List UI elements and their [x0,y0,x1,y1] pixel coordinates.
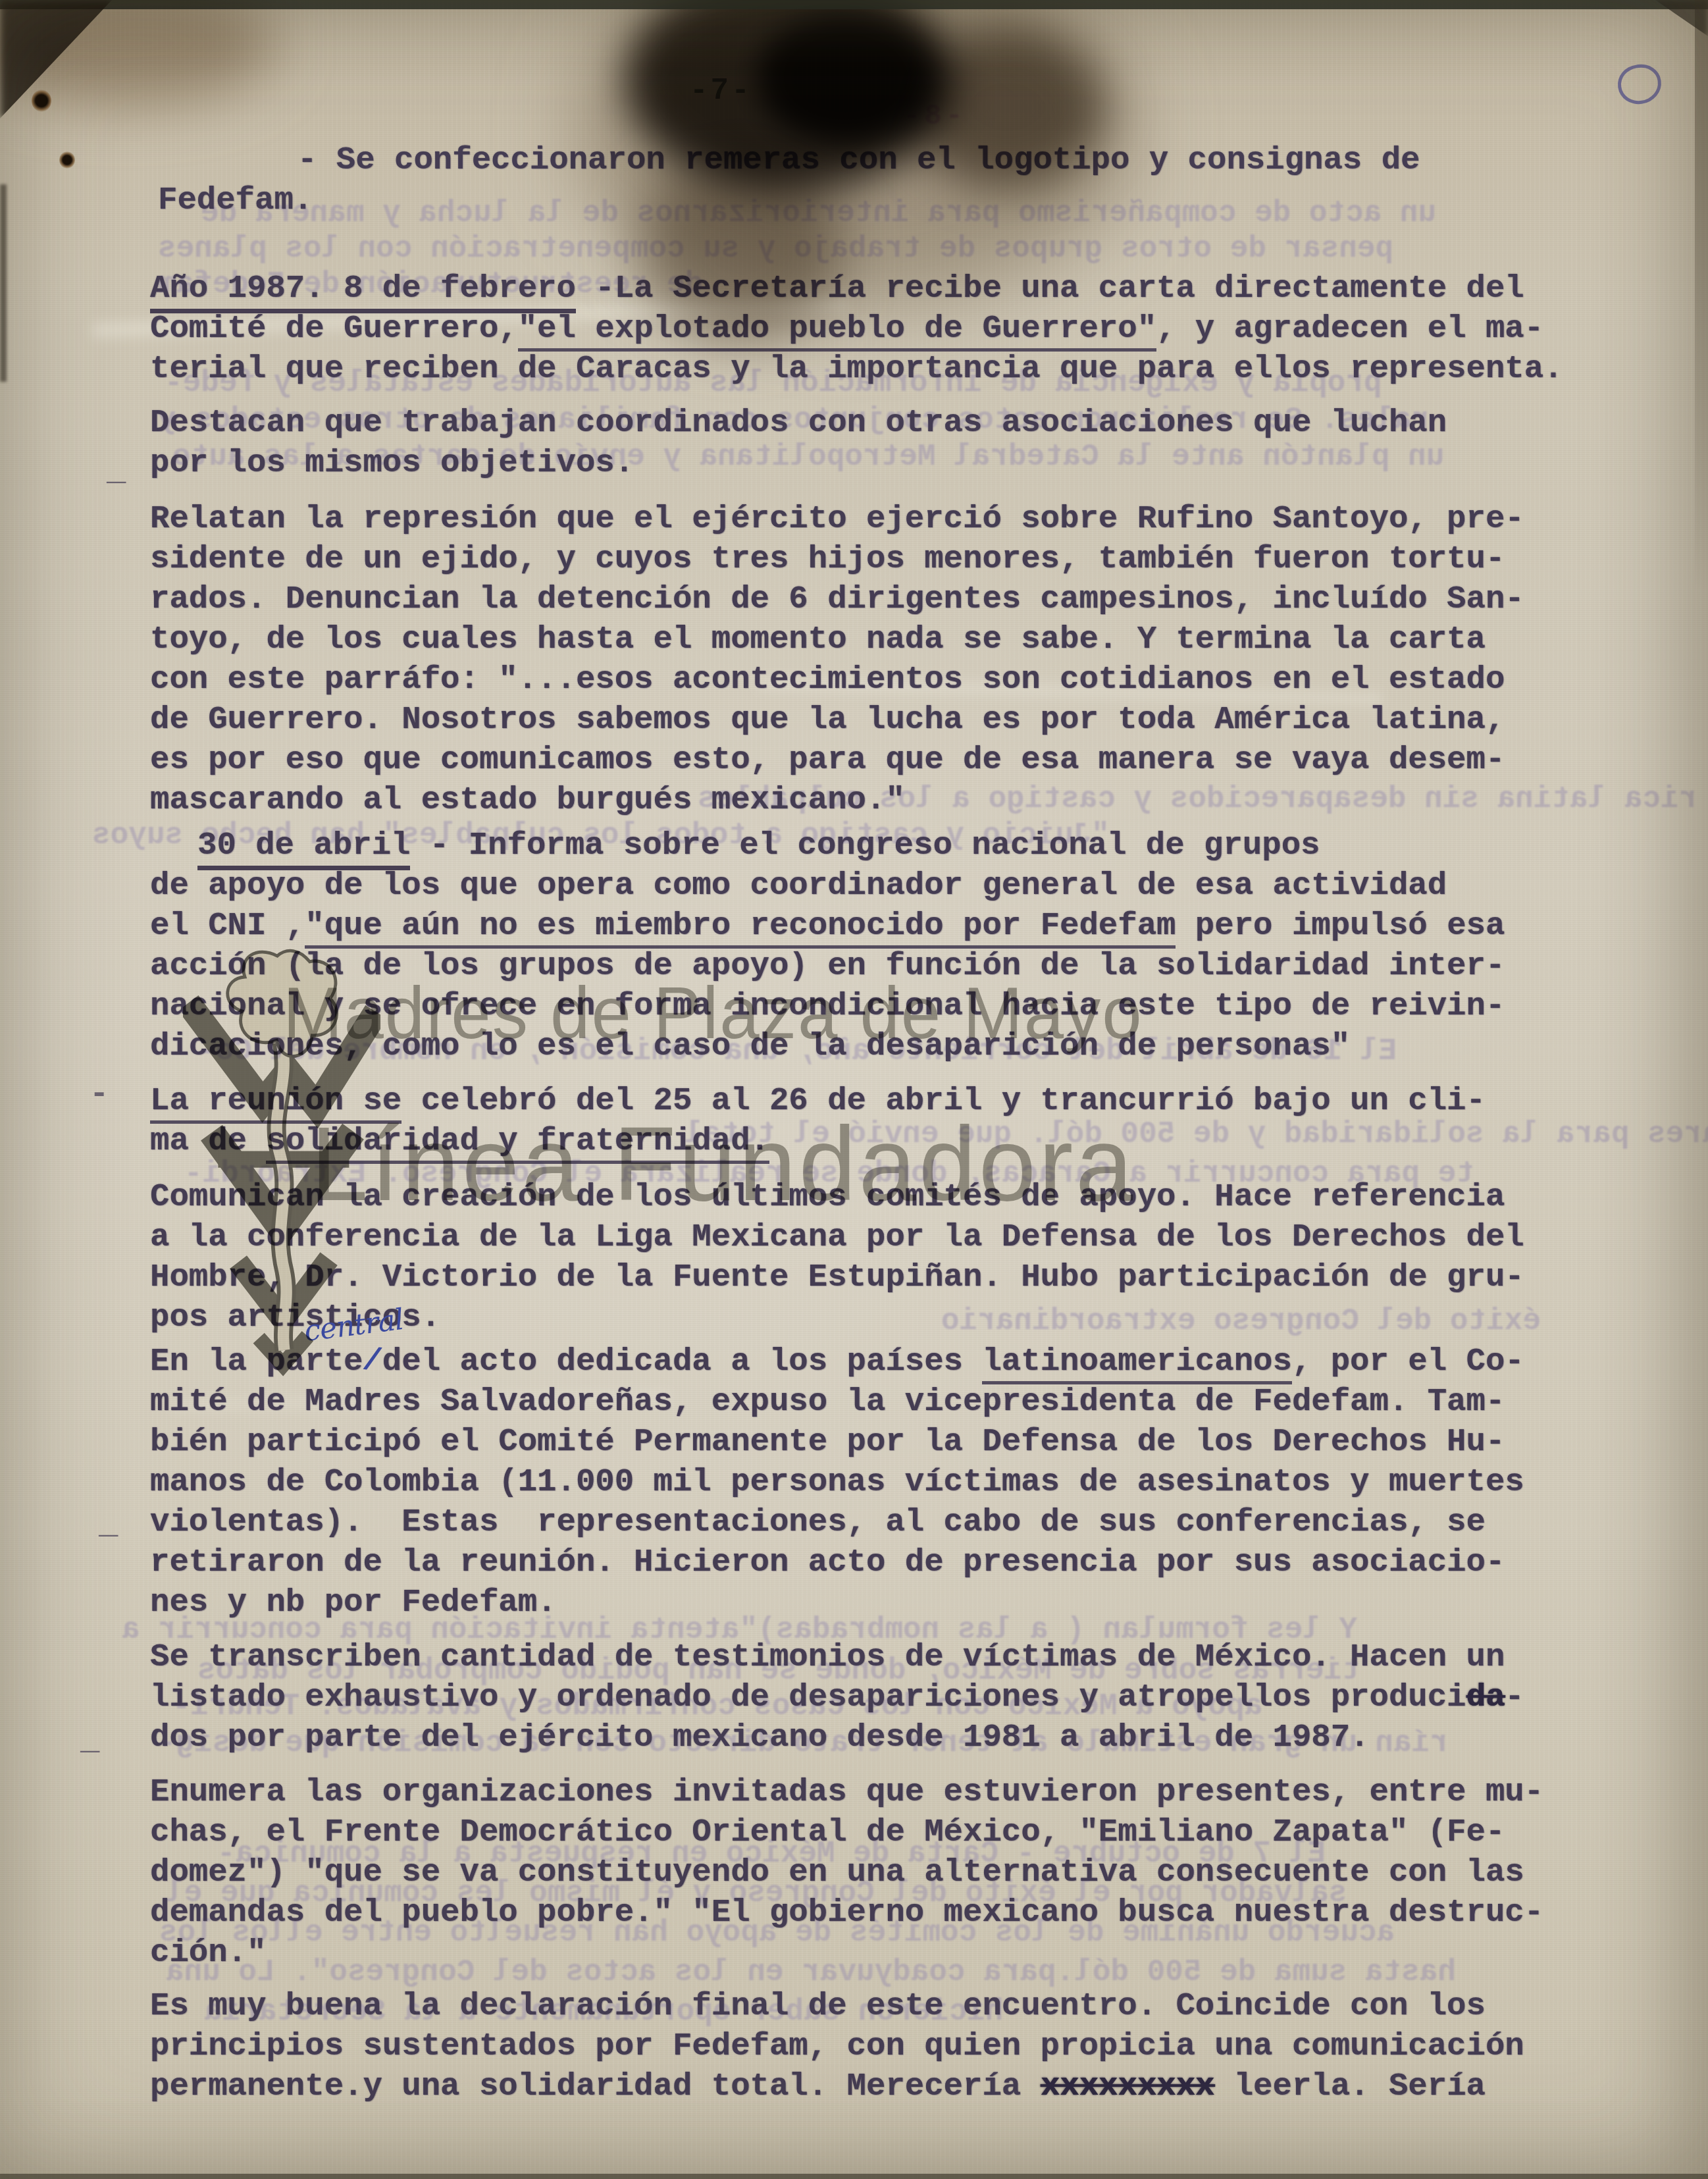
typed-line: ción." [150,1934,266,1971]
typed-text: bién participó el Comité Permanente por … [150,1423,1505,1460]
typed-line: bién participó el Comité Permanente por … [150,1423,1505,1460]
typed-text: chas, el Frente Democrático Oriental de … [150,1814,1505,1851]
typed-line: listado exhaustivo y ordenado de desapar… [150,1679,1524,1716]
typed-line: retiraron de la reunión. Hicieron acto d… [150,1544,1505,1581]
typed-text: Fedefam. [158,182,313,219]
typed-text: Enumera las organizaciones invitadas que… [150,1773,1543,1810]
underlined-text: "el explotado pueblo de Guerrero" [518,310,1156,352]
typed-text: dos por parte del ejército mexicano desd… [150,1719,1370,1756]
struck-out-text: da [1466,1679,1505,1716]
scanned-document-page: un acto de compañerismo para interioriza… [0,0,1708,2179]
typed-text: leerla. Sería [1214,2068,1486,2105]
margin-mark: _ [99,1506,118,1543]
typed-text: terial que reciben de Caracas y la impor… [150,350,1563,387]
typed-text: - Se confeccionaron remeras con el logot… [298,142,1420,178]
underlined-text: Año 1987. 8 de febrero [150,270,576,313]
typed-line: por los mismos objetivos. [150,444,634,481]
typed-text: listado exhaustivo y ordenado de desapar… [150,1679,1466,1716]
typed-line: 30 de abril - Informa sobre el congreso … [197,827,1320,864]
underlined-text: latinoamericanos [982,1343,1291,1384]
typed-text: sidente de un ejido, y cuyos tres hijos … [150,540,1505,577]
typed-line: principios sustentados por Fedefam, con … [150,2028,1524,2064]
typed-line: - Se confeccionaron remeras con el logot… [298,142,1420,178]
typed-line: demandas del pueblo pobre." "El gobierno… [150,1894,1543,1931]
typed-line: nes y nb por Fedefam. [150,1584,557,1621]
typed-line: Se transcriben cantidad de testimonios d… [150,1639,1505,1675]
margin-mark: - [90,1076,109,1113]
typed-text: por los mismos objetivos. [150,444,634,481]
typed-text: del acto dedicada a los países [382,1343,983,1380]
typed-line: rados. Denuncian la detención de 6 dirig… [150,581,1524,617]
typed-text: Se transcriben cantidad de testimonios d… [150,1639,1505,1675]
typed-line: mascarando al estado burgués mexicano." [150,781,905,818]
typed-text: rados. Denuncian la detención de 6 dirig… [150,581,1524,617]
typed-text: manos de Colombia (11.000 mil personas v… [150,1463,1524,1500]
margin-mark: _ [107,453,126,490]
typed-line: toyo, de los cuales hasta el momento nad… [150,621,1486,658]
burn-hole [59,151,75,169]
typed-line: de Guerrero. Nosotros sabemos que la luc… [150,701,1505,738]
typed-text: ción." [150,1934,266,1971]
typed-text: el CNI , [150,907,305,944]
typed-line: sidente de un ejido, y cuyos tres hijos … [150,540,1505,577]
typed-text: - [1505,1679,1524,1716]
typed-line: el CNI ,"que aún no es miembro reconocid… [150,907,1505,944]
margin-mark: _ [80,1722,99,1759]
typed-text: toyo, de los cuales hasta el momento nad… [150,621,1486,658]
typed-line: Enumera las organizaciones invitadas que… [150,1773,1543,1810]
typed-line: chas, el Frente Democrático Oriental de … [150,1814,1505,1851]
typed-text: demandas del pueblo pobre." "El gobierno… [150,1894,1543,1931]
typed-line: Relatan la represión que el ejército eje… [150,500,1524,537]
typed-text: con este parráfo: "...esos acontecimient… [150,661,1505,698]
typed-text: de apoyo de los que opera como coordinad… [150,867,1447,904]
scan-edge-bottom [0,2174,1708,2179]
typed-text: mascarando al estado burgués mexicano." [150,781,905,818]
burn-hole [32,90,51,112]
typed-text: violentas). Estas representaciones, al c… [150,1504,1486,1540]
typed-line: Año 1987. 8 de febrero -La Secretaría re… [150,270,1524,307]
typed-text: permanente.y una solidaridad total. Mere… [150,2068,1041,2105]
underlined-text: 30 de abril [197,827,410,870]
typed-line: dos por parte del ejército mexicano desd… [150,1719,1370,1756]
typed-text: Comité de Guerrero, [150,310,518,347]
typed-line: domez") "que se va constituyendo en una … [150,1854,1524,1891]
typed-text: Es muy buena la declaración final de est… [150,1987,1486,2024]
typed-text: Destacan que trabajan coordinados con ot… [150,404,1447,441]
typed-text: -La Secretaría recibe una carta directam… [576,270,1524,307]
typed-text: - Informa sobre el congreso nacional de … [410,827,1320,864]
typed-line: permanente.y una solidaridad total. Mere… [150,2068,1486,2105]
typed-text: , por el Co- [1292,1343,1524,1380]
typed-line: terial que reciben de Caracas y la impor… [150,350,1563,387]
typed-line: manos de Colombia (11.000 mil personas v… [150,1463,1524,1500]
typed-text: mité de Madres Salvadoreñas, expuso la v… [150,1383,1505,1420]
typed-text: nes y nb por Fedefam. [150,1584,557,1621]
typed-text: , y agradecen el ma- [1156,310,1543,347]
page-number-7: -7- [690,74,752,108]
typed-line: Destacan que trabajan coordinados con ot… [150,404,1447,441]
typed-text: principios sustentados por Fedefam, con … [150,2028,1524,2064]
typed-text: de Guerrero. Nosotros sabemos que la luc… [150,701,1505,738]
typed-text: Relatan la represión que el ejército eje… [150,500,1524,537]
typed-line: Es muy buena la declaración final de est… [150,1987,1486,2024]
page-number-8-bleed: -8- [903,100,967,133]
scan-edge-top [0,0,1708,9]
typed-line: Comité de Guerrero,"el explotado pueblo … [150,310,1543,347]
typed-text: domez") "que se va constituyendo en una … [150,1854,1524,1891]
scan-edge-right [1695,0,1708,592]
watermark-title: Madres de Plaza de Mayo [283,970,1143,1055]
typed-line: con este parráfo: "...esos acontecimient… [150,661,1505,698]
typed-line: Fedefam. [158,182,313,219]
underlined-text: "que aún no es miembro reconocido por Fe… [305,907,1176,949]
struck-out-text: xxxxxxxxx [1041,2068,1215,2105]
watermark-subtitle: Línea Fundadora [311,1103,1135,1224]
typed-line: mité de Madres Salvadoreñas, expuso la v… [150,1383,1505,1420]
typed-line: es por eso que comunicamos esto, para qu… [150,741,1505,778]
typed-text: es por eso que comunicamos esto, para qu… [150,741,1505,778]
typed-text: pero impulsó esa [1176,907,1505,944]
typed-line: violentas). Estas representaciones, al c… [150,1504,1486,1540]
typed-text: retiraron de la reunión. Hicieron acto d… [150,1544,1505,1581]
typed-line: de apoyo de los que opera como coordinad… [150,867,1447,904]
scan-edge-left [0,184,7,382]
